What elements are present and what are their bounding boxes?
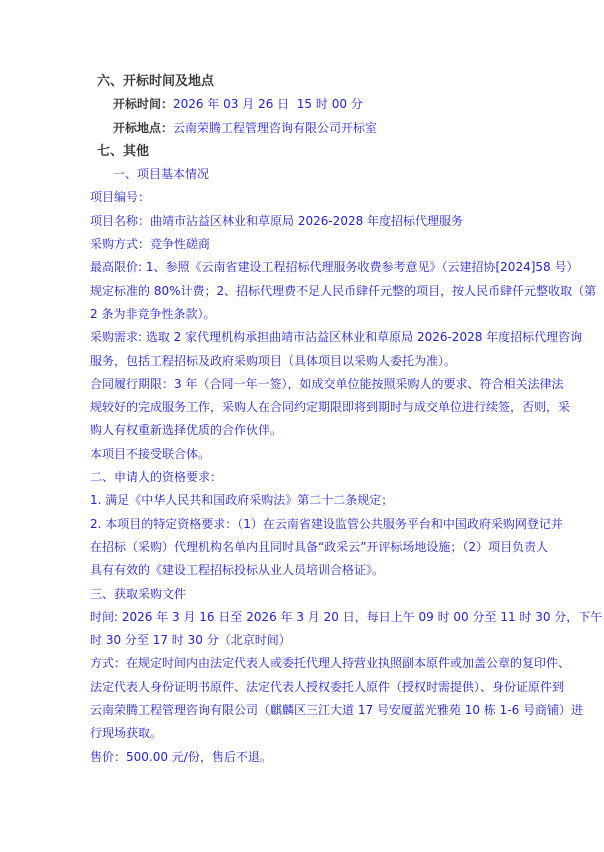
text-line: 时 30 分至 17 时 30 分（北京时间） <box>90 629 534 652</box>
text-line: 在招标（采购）代理机构名单内且同时具备“政采云”开评标场地设施；（2）项目负责人 <box>90 536 534 559</box>
text-line: 2 条为非竞争性条款）。 <box>90 303 534 326</box>
text-segment: 规较好的完成服务工作，采购人在合同约定期限即将到期时与成交单位进行续签，否则，采 <box>90 400 570 414</box>
text-line: 合同履行期限：3 年（合同一年一签），如成交单位能按照采购人的要求、符合相关法律… <box>90 373 534 396</box>
text-segment: 在招标（采购）代理机构名单内且同时具备“政采云”开评标场地设施；（2）项目负责人 <box>90 540 548 554</box>
text-line: 服务，包括工程招标及政府采购项目（具体项目以采购人委托为准）。 <box>90 350 534 373</box>
text-segment: 2. 本项目的特定资格要求：（1）在云南省建设监管公共服务平台和中国政府采购网登… <box>90 517 563 531</box>
text-line: 法定代表人身份证明书原件、法定代表人授权委托人原件（授权时需提供）、身份证原件到 <box>90 676 534 699</box>
document-body: 六、开标时间及地点开标时间：2026 年 03 月 26 日 15 时 00 分… <box>90 70 534 769</box>
text-segment: 云南荣腾工程管理咨询有限公司（麒麟区三江大道 17 号安厦蓝光雅苑 10 栋 1… <box>90 703 583 717</box>
text-segment: 2 条为非竞争性条款）。 <box>90 307 215 321</box>
text-segment: 项目名称：曲靖市沾益区林业和草原局 2026-2028 年度招标代理服务 <box>90 214 463 228</box>
text-line: 行现场获取。 <box>90 722 534 745</box>
text-segment: 云南荣腾工程管理咨询有限公司开标室 <box>173 121 377 135</box>
text-line: 时间: 2026 年 3 月 16 日至 2026 年 3 月 20 日，每日上… <box>90 606 534 629</box>
text-line: 规定标准的 80%计费；2、招标代理费不足人民币肆仟元整的项目，按人民币肆仟元整… <box>90 280 534 303</box>
text-segment: 服务，包括工程招标及政府采购项目（具体项目以采购人委托为准）。 <box>90 354 456 368</box>
text-segment: 开标时间： <box>113 97 173 111</box>
text-segment: 采购方式：竞争性磋商 <box>90 237 210 251</box>
text-segment: 项目编号： <box>90 190 150 204</box>
text-line: 采购需求: 选取 2 家代理机构承担曲靖市沾益区林业和草原局 2026-2028… <box>90 326 534 349</box>
text-line: 项目编号： <box>90 186 534 209</box>
text-line: 云南荣腾工程管理咨询有限公司（麒麟区三江大道 17 号安厦蓝光雅苑 10 栋 1… <box>90 699 534 722</box>
text-line: 开标时间：2026 年 03 月 26 日 15 时 00 分 <box>90 93 534 116</box>
text-segment: 合同履行期限：3 年（合同一年一签），如成交单位能按照采购人的要求、符合相关法律… <box>90 377 563 391</box>
section-heading: 六、开标时间及地点 <box>90 70 534 93</box>
text-segment: 行现场获取。 <box>90 726 162 740</box>
section-heading: 七、其他 <box>90 140 534 163</box>
text-line: 二、申请人的资格要求： <box>90 466 534 489</box>
text-segment: 具有有效的《建设工程招标投标从业人员培训合格证》。 <box>90 563 384 577</box>
text-line: 1. 满足《中华人民共和国政府采购法》第二十二条规定； <box>90 489 534 512</box>
text-segment: 六、开标时间及地点 <box>97 74 214 89</box>
text-line: 开标地点：云南荣腾工程管理咨询有限公司开标室 <box>90 117 534 140</box>
text-line: 2. 本项目的特定资格要求：（1）在云南省建设监管公共服务平台和中国政府采购网登… <box>90 513 534 536</box>
text-segment: 采购需求: 选取 2 家代理机构承担曲靖市沾益区林业和草原局 2026-2028… <box>90 330 582 344</box>
text-line: 一、项目基本情况 <box>90 163 534 186</box>
text-segment: 开标地点： <box>113 121 173 135</box>
text-segment: 方式：在规定时间内由法定代表人或委托代理人持营业执照副本原件或加盖公章的复印件、 <box>90 656 570 670</box>
text-line: 三、获取采购文件 <box>90 583 534 606</box>
text-line: 购人有权重新选择优质的合作伙伴。 <box>90 419 534 442</box>
text-line: 本项目不接受联合体。 <box>90 443 534 466</box>
text-segment: 时 30 分至 17 时 30 分（北京时间） <box>90 633 291 647</box>
text-segment: 三、获取采购文件 <box>90 587 186 601</box>
text-line: 项目名称：曲靖市沾益区林业和草原局 2026-2028 年度招标代理服务 <box>90 210 534 233</box>
text-segment: 时间: 2026 年 3 月 16 日至 2026 年 3 月 20 日，每日上… <box>90 610 604 624</box>
text-segment: 1. 满足《中华人民共和国政府采购法》第二十二条规定； <box>90 493 393 507</box>
text-segment: 七、其他 <box>97 144 149 159</box>
text-line: 规较好的完成服务工作，采购人在合同约定期限即将到期时与成交单位进行续签，否则，采 <box>90 396 534 419</box>
text-segment: 法定代表人身份证明书原件、法定代表人授权委托人原件（授权时需提供）、身份证原件到 <box>90 680 564 694</box>
text-segment: 售价：500.00 元/份，售后不退。 <box>90 750 272 764</box>
text-line: 售价：500.00 元/份，售后不退。 <box>90 746 534 769</box>
text-line: 方式：在规定时间内由法定代表人或委托代理人持营业执照副本原件或加盖公章的复印件、 <box>90 652 534 675</box>
text-segment: 本项目不接受联合体。 <box>90 447 210 461</box>
document-page: 六、开标时间及地点开标时间：2026 年 03 月 26 日 15 时 00 分… <box>0 0 604 852</box>
text-segment: 2026 年 03 月 26 日 15 时 00 分 <box>173 97 363 111</box>
text-line: 采购方式：竞争性磋商 <box>90 233 534 256</box>
text-segment: 最高限价: 1、参照《云南省建设工程招标代理服务收费参考意见》（云建招协[202… <box>90 260 578 274</box>
text-segment: 购人有权重新选择优质的合作伙伴。 <box>90 423 282 437</box>
text-line: 具有有效的《建设工程招标投标从业人员培训合格证》。 <box>90 559 534 582</box>
text-line: 最高限价: 1、参照《云南省建设工程招标代理服务收费参考意见》（云建招协[202… <box>90 256 534 279</box>
text-segment: 规定标准的 80%计费；2、招标代理费不足人民币肆仟元整的项目，按人民币肆仟元整… <box>90 284 596 298</box>
text-segment: 二、申请人的资格要求： <box>90 470 222 484</box>
text-segment: 一、项目基本情况 <box>113 167 209 181</box>
